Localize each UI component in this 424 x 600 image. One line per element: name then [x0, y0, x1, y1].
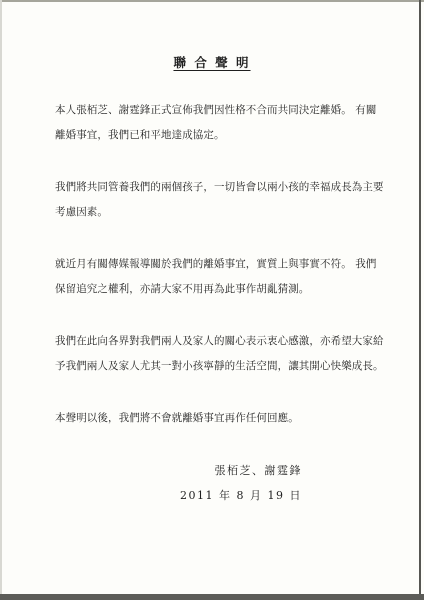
statement-line: 我們在此向各界對我們兩人及家人的關心表示衷心感激，亦希望大家給 [55, 329, 384, 354]
statement-line: 本聲明以後，我們將不會就離婚事宜再作任何回應。 [55, 406, 384, 431]
statement-title-text: 聯 合 聲 明 [173, 55, 250, 70]
paragraph-1: 本人張栢芝、謝霆鋒正式宣佈我們因性格不合而共同決定離婚。 有關 離婚事宜，我們已… [55, 98, 384, 148]
statement-title: 聯 合 聲 明 [0, 55, 424, 71]
paragraph-3: 就近月有關傳媒報導關於我們的離婚事宜，實質上與事實不符。 我們 保留追究之權利，… [55, 252, 384, 302]
statement-line: 考慮因素。 [55, 200, 384, 225]
statement-line: 本人張栢芝、謝霆鋒正式宣佈我們因性格不合而共同決定離婚。 有關 [55, 98, 384, 123]
statement-sheet: 聯 合 聲 明 本人張栢芝、謝霆鋒正式宣佈我們因性格不合而共同決定離婚。 有關 … [0, 0, 424, 600]
statement-line: 離婚事宜，我們已和平地達成協定。 [55, 123, 384, 148]
statement-line: 就近月有關傳媒報導關於我們的離婚事宜，實質上與事實不符。 我們 [55, 252, 384, 277]
statement-date: 2011 年 8 月 19 日 [55, 483, 302, 508]
paragraph-5: 本聲明以後，我們將不會就離婚事宜再作任何回應。 [55, 406, 384, 431]
statement-line: 予我們兩人及家人尤其一對小孩寧靜的生活空間，讓其開心快樂成長。 [55, 354, 384, 379]
joint-statement-document: { "document": { "title": "聯 合 聲 明", "par… [0, 0, 424, 600]
statement-line: 保留追究之權利，亦請大家不用再為此事作胡亂猜測。 [55, 277, 384, 302]
signature-names: 張栢芝、謝霆鋒 [55, 458, 302, 483]
statement-body: 本人張栢芝、謝霆鋒正式宣佈我們因性格不合而共同決定離婚。 有關 離婚事宜，我們已… [0, 98, 424, 508]
signature-block: 張栢芝、謝霆鋒 2011 年 8 月 19 日 [55, 458, 384, 508]
paragraph-2: 我們將共同管養我們的兩個孩子，一切皆會以兩小孩的幸福成長為主要 考慮因素。 [55, 175, 384, 225]
paragraph-4: 我們在此向各界對我們兩人及家人的關心表示衷心感激，亦希望大家給 予我們兩人及家人… [55, 329, 384, 379]
statement-line: 我們將共同管養我們的兩個孩子，一切皆會以兩小孩的幸福成長為主要 [55, 175, 384, 200]
